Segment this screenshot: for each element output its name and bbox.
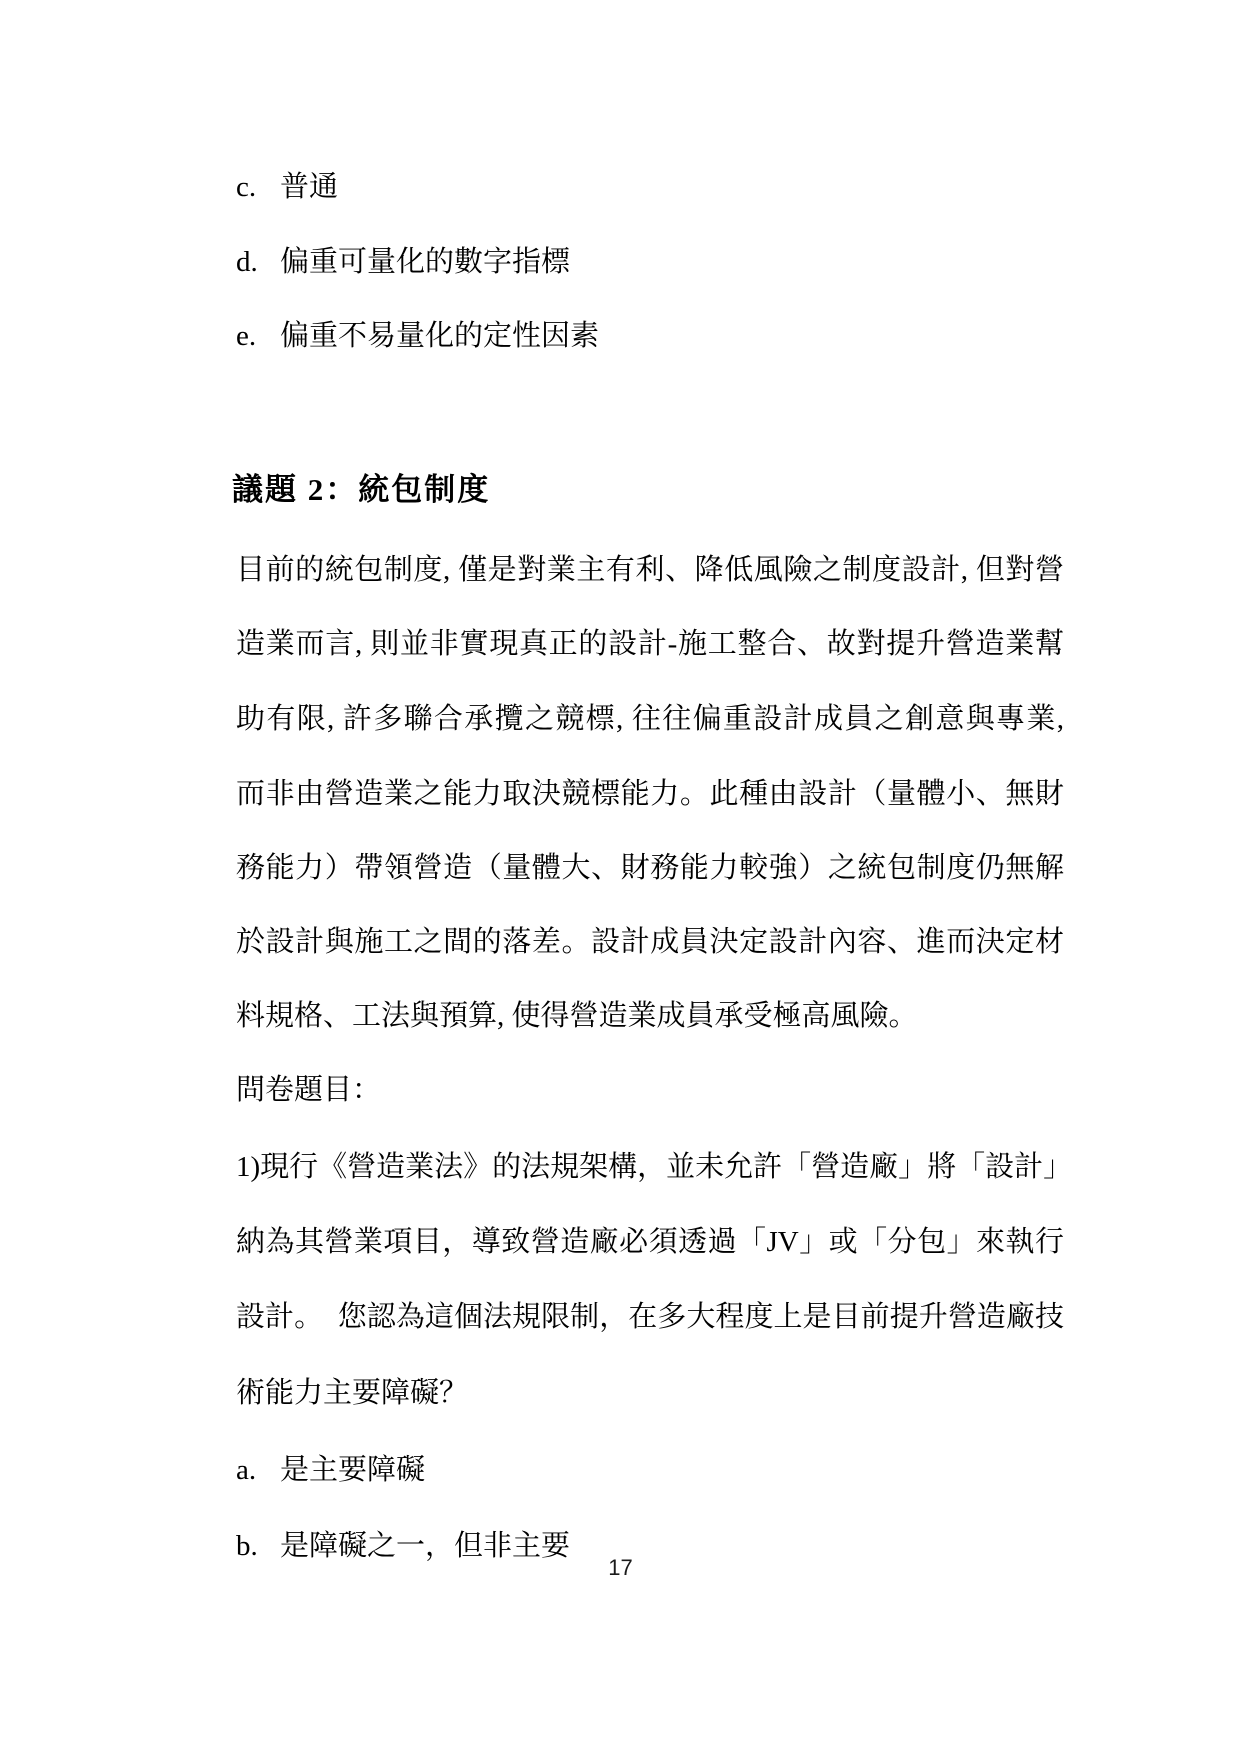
list-item-text: 普通: [280, 168, 1064, 206]
intro-line: 而非由營造業之能力取決競標能力。此種由設計（量體小、無財: [236, 775, 1064, 813]
intro-line: 料規格、工法與預算, 使得營造業成員承受極高風險。: [236, 997, 1064, 1035]
list-item-marker: d.: [236, 243, 280, 281]
intro-line: 助有限, 許多聯合承攬之競標, 往往偏重設計成員之創意與專業,: [236, 700, 1064, 738]
section-heading: 議題 2：統包制度: [232, 470, 490, 510]
list-item-marker: a.: [236, 1451, 280, 1489]
list-item-a: a. 是主要障礙: [236, 1451, 1064, 1489]
question-line: 1)現行《營造業法》的法規架構，並未允許「營造廠」將「設計」: [236, 1148, 1064, 1186]
intro-line: 於設計與施工之間的落差。設計成員決定設計內容、進而決定材: [236, 923, 1064, 961]
list-item-c: c. 普通: [236, 168, 1064, 206]
list-item-text: 是主要障礙: [280, 1451, 1064, 1489]
document-page: c. 普通 d. 偏重可量化的數字指標 e. 偏重不易量化的定性因素 議題 2：…: [0, 0, 1241, 1755]
questionnaire-label: 問卷題目：: [236, 1071, 1064, 1109]
intro-line: 目前的統包制度, 僅是對業主有利、降低風險之制度設計, 但對營: [236, 551, 1064, 589]
list-item-marker: e.: [236, 317, 280, 355]
intro-line: 務能力）帶領營造（量體大、財務能力較強）之統包制度仍無解: [236, 849, 1064, 887]
list-item-marker: c.: [236, 168, 280, 206]
question-line: 設計。 您認為這個法規限制，在多大程度上是目前提升營造廠技: [236, 1298, 1064, 1336]
page-number: 17: [0, 1554, 1241, 1582]
question-line: 術能力主要障礙？: [236, 1374, 1064, 1412]
list-item-d: d. 偏重可量化的數字指標: [236, 243, 1064, 281]
list-item-text: 偏重不易量化的定性因素: [280, 317, 1064, 355]
question-line: 納為其營業項目，導致營造廠必須透過「JV」或「分包」來執行: [236, 1223, 1064, 1261]
intro-line: 造業而言, 則並非實現真正的設計-施工整合、故對提升營造業幫: [236, 625, 1064, 663]
list-item-text: 偏重可量化的數字指標: [280, 243, 1064, 281]
list-item-e: e. 偏重不易量化的定性因素: [236, 317, 1064, 355]
